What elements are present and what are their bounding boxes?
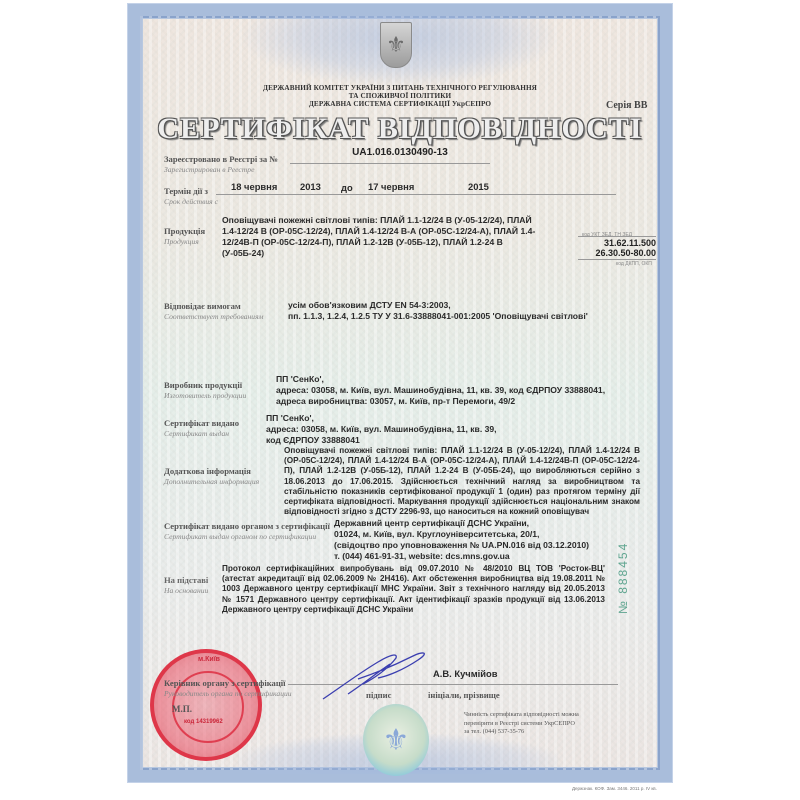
signatory-name: А.В. Кучмійов xyxy=(433,668,498,679)
registered-label-ru: Зарегистрирован в Реестре xyxy=(164,165,254,174)
series: Серія ВВ xyxy=(606,100,647,111)
valid-to-year: 2015 xyxy=(468,181,489,192)
trident-emblem-icon: ⚜ xyxy=(363,704,429,776)
seal-caption: М.П. xyxy=(172,704,192,714)
issuer-line-3: ДЕРЖАВНА СИСТЕМА СЕРТИФІКАЦІЇ УкрСЕПРО xyxy=(128,100,672,108)
conformity-label-ru: Соответствует требованиям xyxy=(164,312,263,321)
code-uktzed: 31.62.11.500 xyxy=(568,238,656,248)
valid-from-date: 18 червня xyxy=(231,181,277,192)
issued-to-line-3: код ЄДРПОУ 33888041 xyxy=(266,435,360,446)
issuing-body-label: Сертифікат видано органом з сертифікації xyxy=(164,521,330,531)
basis-label: На підставі xyxy=(164,575,208,585)
basis-label-ru: На основании xyxy=(164,586,208,595)
issued-to-label-ru: Сертификат выдан xyxy=(164,429,229,438)
validity-label: Термін дії з xyxy=(164,186,208,196)
issued-to-line-1: ПП 'СенКо', xyxy=(266,413,314,424)
issuing-body-line-3: (свідоцтво про уповноваження № UA.PN.016… xyxy=(334,540,589,551)
issuer-line-2: ТА СПОЖИВЧОЇ ПОЛІТИКИ xyxy=(128,92,672,100)
product-label: Продукція xyxy=(164,226,205,236)
verification-line-1: Чинність сертифіката відповідності можна xyxy=(464,711,594,720)
valid-from-year: 2013 xyxy=(300,181,321,192)
manufacturer-line-1: ПП 'СенКо', xyxy=(276,374,324,385)
valid-to-word: до xyxy=(341,182,353,193)
verification-note: Чинність сертифіката відповідності можна… xyxy=(464,711,594,737)
printer-note: Держзнак. КОФ. Зам. 3446. 2011 р. IV кв. xyxy=(572,786,657,791)
basis-text: Протокол сертифікаційних випробувань від… xyxy=(222,564,605,615)
certificate-title: СЕРТИФІКАТ ВІДПОВІДНОСТІ xyxy=(128,112,672,146)
issuing-body-line-2: 01024, м. Київ, вул. Круглоуніверситетсь… xyxy=(334,529,539,540)
issued-to-line-2: адреса: 03058, м. Київ, вул. Машинобудів… xyxy=(266,424,497,435)
manufacturer-line-3: адреса виробництва: 03057, м. Київ, пр-т… xyxy=(276,396,515,407)
manufacturer-label-ru: Изготовитель продукции xyxy=(164,391,246,400)
head-label-ru: Руководитель органа по сертификации xyxy=(164,689,292,698)
series-label: Серія xyxy=(606,100,632,111)
validity-label-ru: Срок действия с xyxy=(164,197,218,206)
serial-number: № 888454 xyxy=(616,542,630,614)
conformity-line-2: пп. 1.1.3, 1.2.4, 1.2.5 ТУ У 31.6-338880… xyxy=(288,311,588,322)
conformity-label: Відповідає вимогам xyxy=(164,301,241,311)
series-value: ВВ xyxy=(634,100,647,111)
issuing-body-line-4: т. (044) 461-91-31, website: dcs.mns.gov… xyxy=(334,551,510,562)
trident-icon: ⚜ xyxy=(380,22,412,68)
certificate: ⚜ ДЕРЖАВНИЙ КОМІТЕТ УКРАЇНИ З ПИТАНЬ ТЕХ… xyxy=(128,4,672,782)
head-label: Керівник органу з сертифікації xyxy=(164,678,286,688)
additional-label: Додаткова інформація xyxy=(164,466,251,476)
registered-label: Зареєстровано в Реєстрі за № xyxy=(164,154,278,164)
signature-caption: підпис xyxy=(366,690,391,700)
verification-line-2: перевірити в Реєстрі системи УкрСЕПРО xyxy=(464,720,594,729)
additional-label-ru: Дополнительная информация xyxy=(164,477,259,486)
additional-text: Оповіщувачі пожежні світлові типів: ПЛАЙ… xyxy=(284,446,640,517)
name-caption: ініціали, прізвище xyxy=(428,690,500,700)
codes-bottom-label: код ДКПП, ОКП xyxy=(616,261,652,267)
stamp-text: м.Київ xyxy=(198,656,220,663)
issuer-line-1: ДЕРЖАВНИЙ КОМІТЕТ УКРАЇНИ З ПИТАНЬ ТЕХНІ… xyxy=(128,84,672,92)
product-label-ru: Продукция xyxy=(164,237,199,246)
manufacturer-label: Виробник продукції xyxy=(164,380,242,390)
conformity-line-1: усім обов'язковим ДСТУ EN 54-3:2003, xyxy=(288,300,451,311)
stamp-code: код 14319962 xyxy=(184,719,223,725)
manufacturer-line-2: адреса: 03058, м. Київ, вул. Машинобудів… xyxy=(276,385,605,396)
code-dkpp: 26.30.50-80.00 xyxy=(568,248,656,258)
codes-line-bottom xyxy=(578,259,656,260)
registered-line xyxy=(290,163,490,164)
valid-to-date: 17 червня xyxy=(368,181,414,192)
codes-line-top xyxy=(578,236,656,237)
issued-to-label: Сертифікат видано xyxy=(164,418,239,428)
issuing-body-line-1: Державний центр сертифікації ДСНС Україн… xyxy=(334,518,529,529)
verification-line-3: за тел. (044) 537-35-76 xyxy=(464,728,594,737)
product-text: Оповіщувачі пожежні світлові типів: ПЛАЙ… xyxy=(222,215,542,259)
validity-line xyxy=(216,194,616,195)
issuing-body-label-ru: Сертификат выдан органом по сертификации xyxy=(164,532,316,541)
